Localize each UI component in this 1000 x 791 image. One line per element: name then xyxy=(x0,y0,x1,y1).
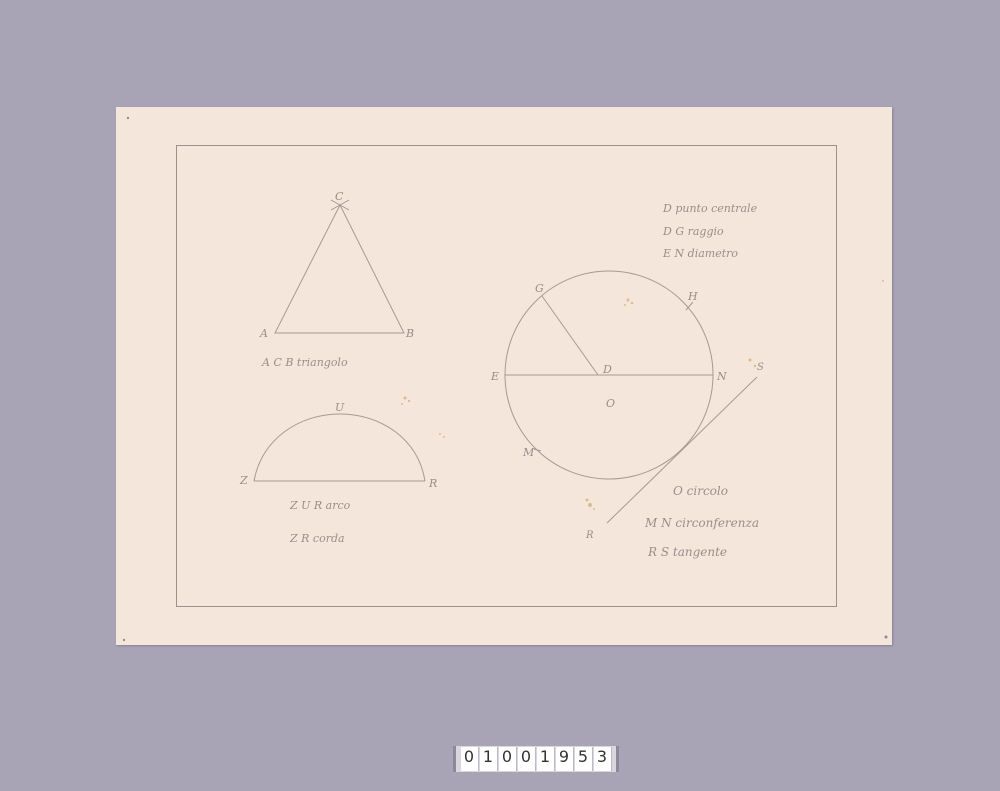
catalog-digit: 9 xyxy=(556,747,574,771)
circle-label-h: H xyxy=(687,290,698,303)
tangent-label-r: R xyxy=(585,530,594,541)
catalog-digit: 3 xyxy=(594,747,612,771)
catalog-digit: 1 xyxy=(537,747,555,771)
circle-label-e: E xyxy=(490,370,499,383)
arc-caption-2: Z R corda xyxy=(289,532,345,545)
catalog-digit: 1 xyxy=(480,747,498,771)
legend-bottom-line-2: M N circonferenza xyxy=(644,516,759,530)
tangent-label-s: S xyxy=(757,362,764,373)
legend-top-line-2: D G raggio xyxy=(662,225,724,238)
legend-bottom-line-1: O circolo xyxy=(673,484,728,498)
catalog-digit: 0 xyxy=(461,747,479,771)
geometry-drawing: C A B A C B triangolo U Z R Z U R arco Z… xyxy=(0,0,1000,791)
catalog-number-label: 0 1 0 0 1 9 5 3 xyxy=(453,746,619,772)
legend-top-line-3: E N diametro xyxy=(662,247,738,260)
circle-label-o: O xyxy=(606,397,615,410)
triangle-label-left: A xyxy=(259,327,268,340)
circle-label-n: N xyxy=(716,370,727,383)
arc-label-left: Z xyxy=(239,474,248,487)
catalog-digit: 5 xyxy=(575,747,593,771)
legend-top-line-1: D punto centrale xyxy=(662,202,758,215)
circle-label-m: M xyxy=(522,446,535,459)
arc-caption-1: Z U R arco xyxy=(289,499,351,512)
circle-label-d: D xyxy=(602,363,612,376)
triangle-label-top: C xyxy=(335,190,344,203)
triangle-caption: A C B triangolo xyxy=(261,356,348,369)
scan-stage: C A B A C B triangolo U Z R Z U R arco Z… xyxy=(0,0,1000,791)
arc-label-top: U xyxy=(335,401,345,414)
triangle-figure xyxy=(275,200,404,333)
catalog-digit: 0 xyxy=(499,747,517,771)
triangle-label-right: B xyxy=(405,327,414,340)
circle-label-g: G xyxy=(535,282,544,295)
arc-label-right: R xyxy=(428,477,437,490)
catalog-digit: 0 xyxy=(518,747,536,771)
legend-bottom-line-3: R S tangente xyxy=(647,545,727,559)
arc-figure xyxy=(254,414,425,481)
